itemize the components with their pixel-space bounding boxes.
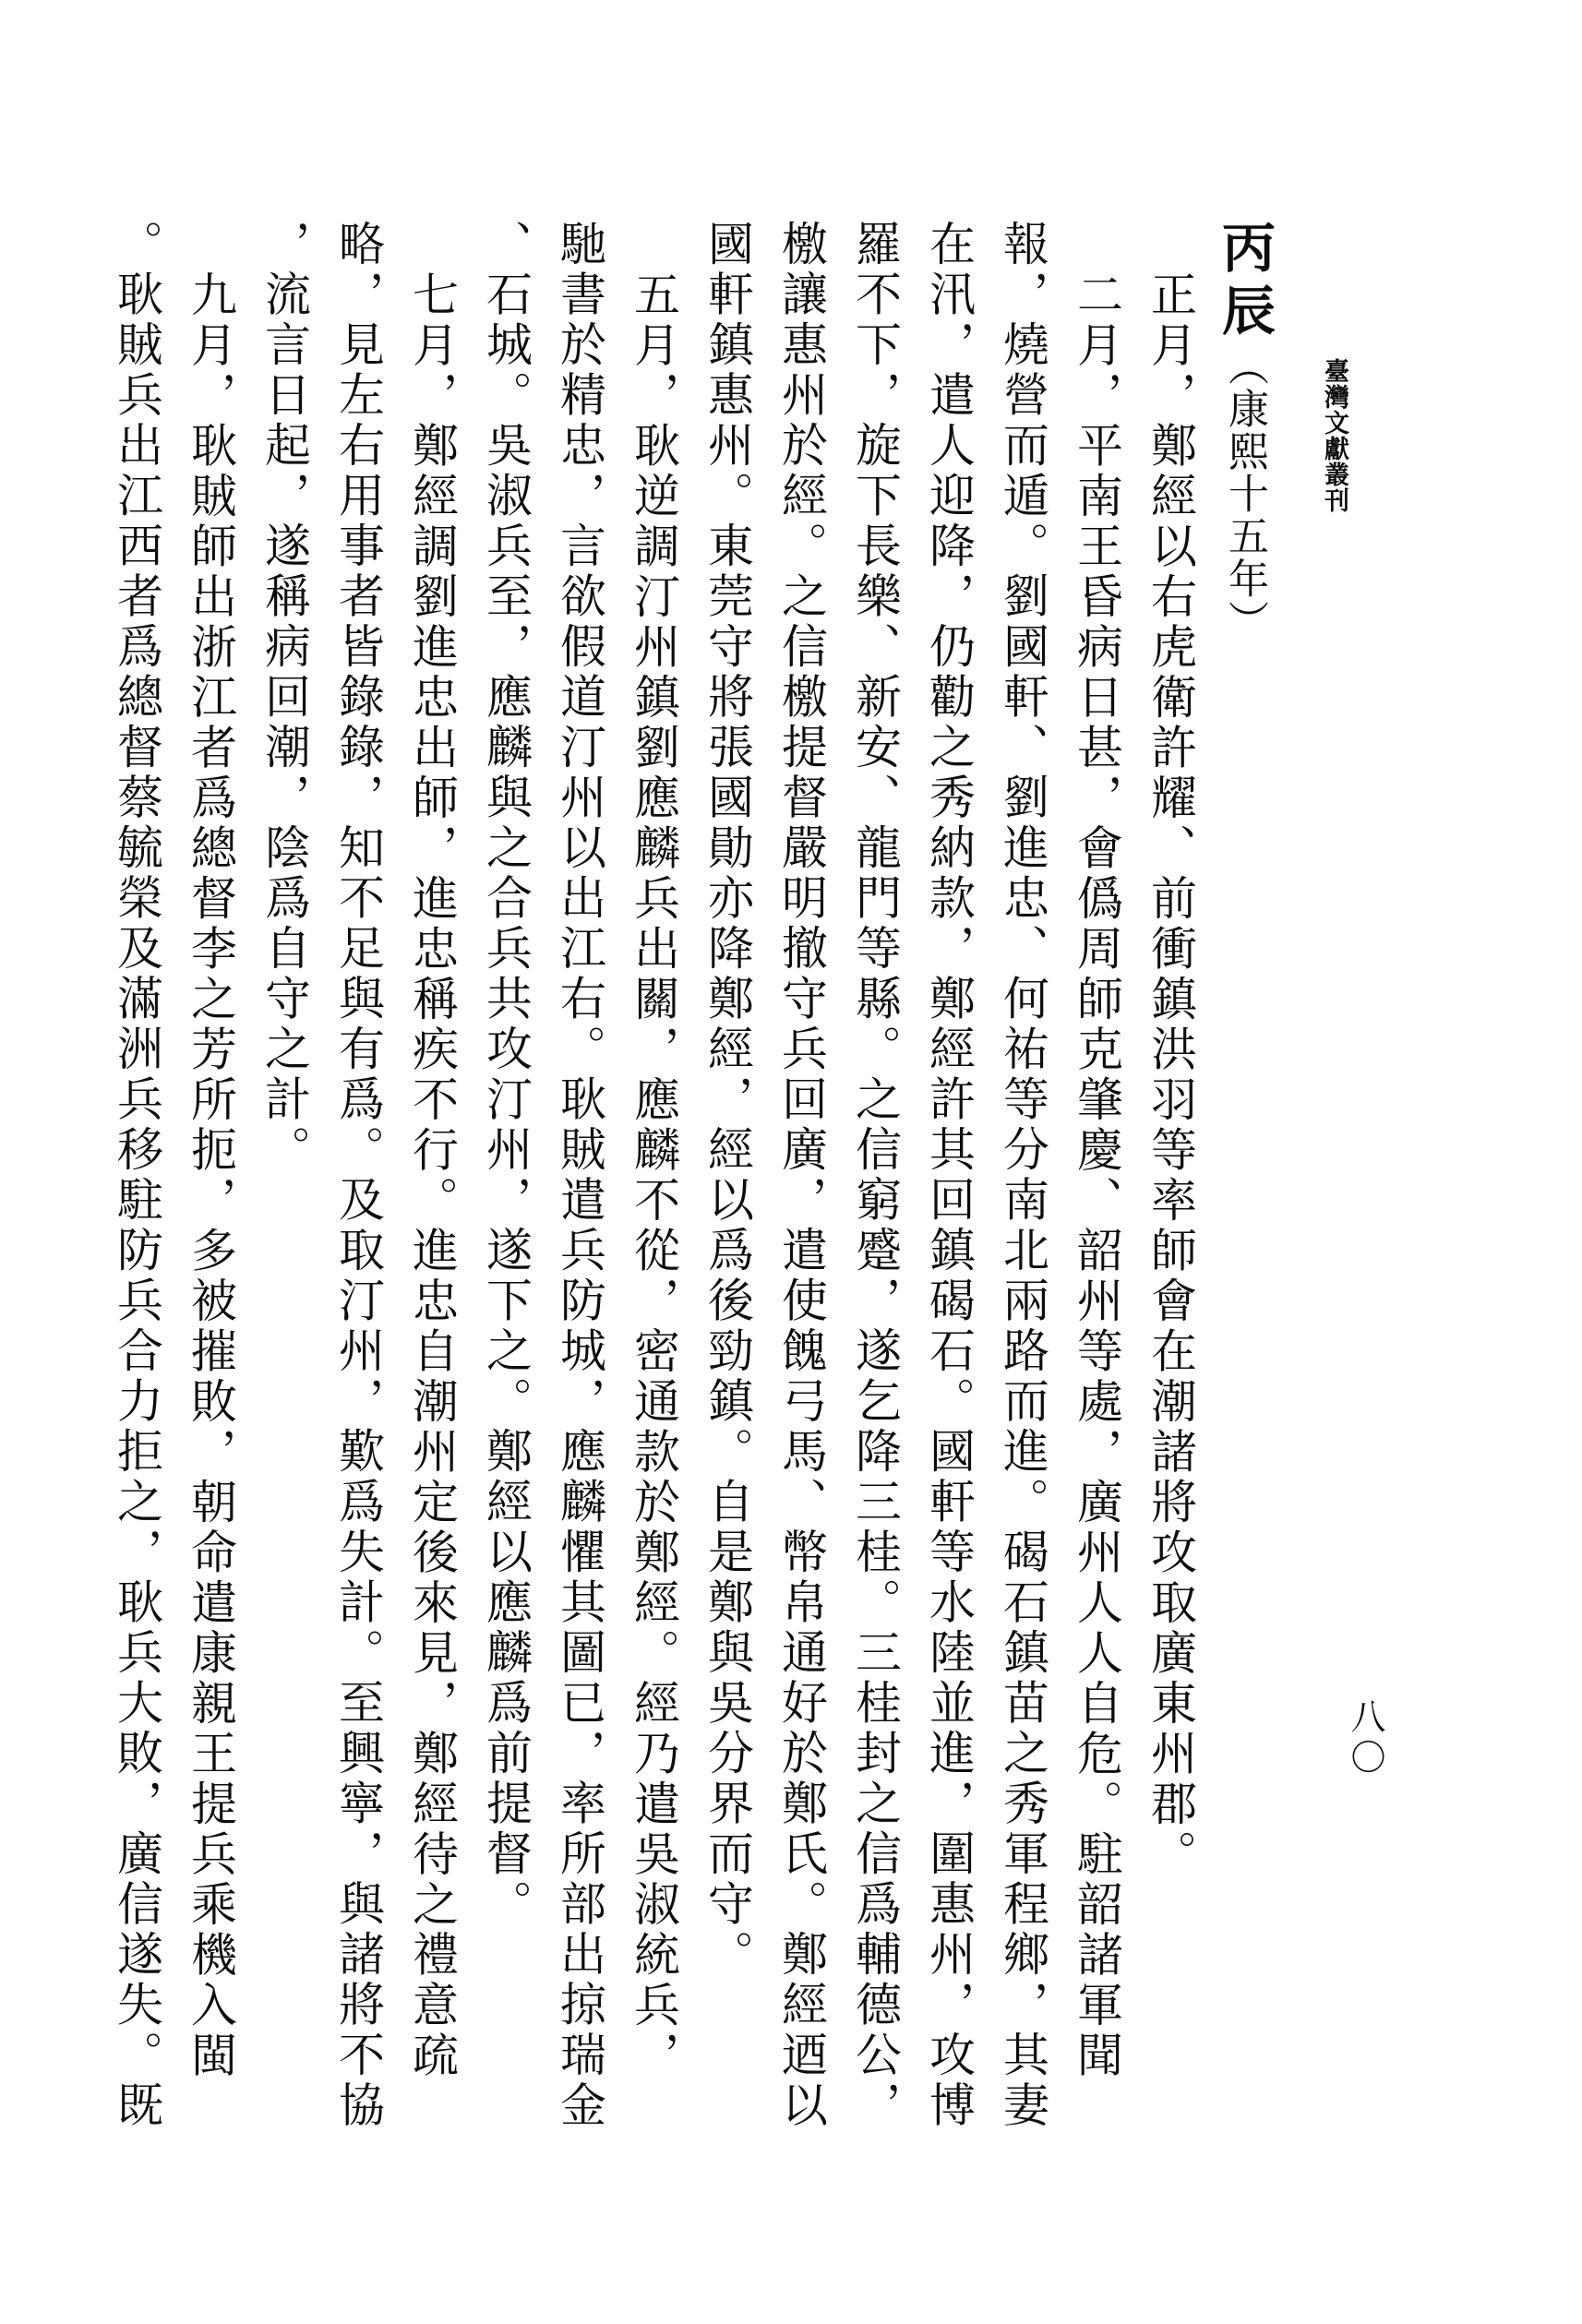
text-column: 在汛，遣人迎降，仍勸之秀納款，鄭經許其回鎮碣石。國軒等水陸並進，圍惠州，攻博 bbox=[912, 220, 986, 2250]
entry-title-note: （康熙十五年） bbox=[1221, 345, 1268, 642]
text-column: 九月，耿賊師出浙江者爲總督李之芳所扼，多被摧敗，朝命遣康親王提兵乘機入閩 bbox=[174, 220, 247, 2250]
text-column: 略，見左右用事者皆錄錄，知不足與有爲。及取汀州，歎爲失計。至興寧，與諸將不協 bbox=[321, 220, 395, 2250]
text-column: 馳書於精忠，言欲假道汀州以出江右。耿賊遣兵防城，應麟懼其圖已，率所部出掠瑞金 bbox=[543, 220, 617, 2250]
text-column: 七月，鄭經調劉進忠出師，進忠稱疾不行。進忠自潮州定後來見，鄭經待之禮意疏 bbox=[395, 220, 469, 2250]
text-column: 五月，耿逆調汀州鎮劉應麟兵出關，應麟不從，密通款於鄭經。經乃遣吳淑統兵， bbox=[617, 220, 690, 2250]
text-column: 國軒鎮惠州。東莞守將張國勛亦降鄭經，經以爲後勁鎮。自是鄭與吳分界而守。 bbox=[690, 220, 764, 2250]
text-column: 檄讓惠州於經。之信檄提督嚴明撤守兵回廣，遣使餽弓馬、幣帛通好於鄭氏。鄭經迺以 bbox=[764, 220, 838, 2250]
running-head: 臺灣文獻叢刊 bbox=[1316, 358, 1352, 513]
text-column: 正月，鄭經以右虎衛許耀、前衝鎮洪羽等率師會在潮諸將攻取廣東州郡。 bbox=[1133, 220, 1207, 2250]
text-column: 羅不下，旋下長樂、新安、龍門等縣。之信窮蹙，遂乞降三桂。三桂封之信爲輔德公， bbox=[838, 220, 912, 2250]
text-column: 報，燒營而遁。劉國軒、劉進忠、何祐等分南北兩路而進。碣石鎮苗之秀軍程鄉，其妻 bbox=[986, 220, 1060, 2250]
entry-title-column: 丙辰（康熙十五年） bbox=[1207, 220, 1281, 2250]
text-column: 、石城。吳淑兵至，應麟與之合兵共攻汀州，遂下之。鄭經以應麟爲前提督。 bbox=[469, 220, 543, 2250]
main-text-block: 丙辰（康熙十五年） 正月，鄭經以右虎衛許耀、前衝鎮洪羽等率師會在潮諸將攻取廣東州… bbox=[100, 220, 1281, 2250]
book-page-scan: 臺灣文獻叢刊 八〇 丙辰（康熙十五年） 正月，鄭經以右虎衛許耀、前衝鎮洪羽等率師… bbox=[0, 0, 1582, 2324]
page-number: 八〇 bbox=[1340, 1698, 1391, 1779]
text-column: ，流言日起，遂稱病回潮，陰爲自守之計。 bbox=[247, 220, 321, 2250]
text-column: 。耿賊兵出江西者爲總督蔡毓榮及滿洲兵移駐防兵合力拒之，耿兵大敗，廣信遂失。既 bbox=[100, 220, 174, 2250]
text-column: 二月，平南王昏病日甚，會僞周師克肇慶、韶州等處，廣州人人自危。駐韶諸軍聞 bbox=[1060, 220, 1133, 2250]
entry-title: 丙辰 bbox=[1213, 220, 1276, 345]
